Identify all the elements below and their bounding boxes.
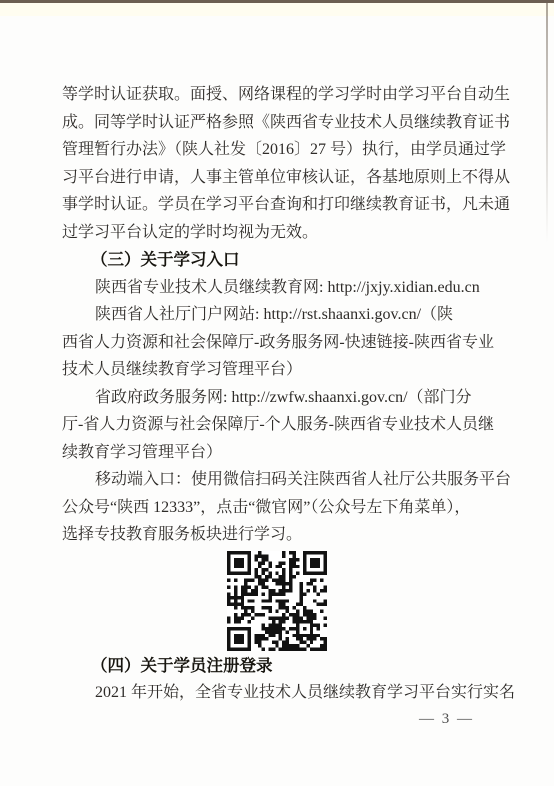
section4-body: 2021 年开始，全省专业技术人员继续教育学习平台实行实名 bbox=[62, 679, 492, 707]
text-line: 成。同等学时认证严格参照《陕西省专业技术人员继续教育证书 bbox=[62, 109, 492, 137]
text-line: 移动端入口：使用微信扫码关注陕西省人社厅公共服务平台 bbox=[62, 466, 492, 494]
text-line: 过学习平台认定的学时均视为无效。 bbox=[62, 219, 492, 247]
text-line: 续教育学习管理平台） bbox=[62, 439, 492, 467]
section3-heading: （三）关于学习入口 bbox=[62, 246, 492, 274]
text-line: 省政府政务服务网: http://zwfw.shaanxi.gov.cn/（部门… bbox=[62, 384, 492, 412]
qr-code-image bbox=[227, 551, 327, 651]
text-line: 厅-省人力资源与社会保障厅-个人服务-陕西省专业技术人员继 bbox=[62, 411, 492, 439]
paragraph-learning-hours: 等学时认证获取。面授、网络课程的学习学时由学习平台自动生成。同等学时认证严格参照… bbox=[62, 81, 492, 246]
text-line: 等学时认证获取。面授、网络课程的学习学时由学习平台自动生 bbox=[62, 81, 492, 109]
text-line: 西省人力资源和社会保障厅-政务服务网-快速链接-陕西省专业 bbox=[62, 329, 492, 357]
qr-code-icon bbox=[227, 551, 327, 651]
page-number: — 3 — bbox=[419, 711, 474, 728]
section4-heading: （四）关于学员注册登录 bbox=[62, 652, 492, 680]
text-line: 技术人员继续教育学习管理平台） bbox=[62, 356, 492, 384]
text-line: 习平台进行申请，人事主管单位审核认证，各基地原则上不得从 bbox=[62, 164, 492, 192]
scan-band-cream bbox=[0, 3, 554, 16]
document-body: 等学时认证获取。面授、网络课程的学习学时由学习平台自动生成。同等学时认证严格参照… bbox=[62, 81, 492, 707]
text-line: 陕西省人社厅门户网站: http://rst.shaanxi.gov.cn/（陕 bbox=[62, 301, 492, 329]
text-line: 管理暂行办法》（陕人社发〔2016〕27 号）执行，由学员通过学 bbox=[62, 136, 492, 164]
text-line: 公众号“陕西 12333”，点击“微官网”（公众号左下角菜单）， bbox=[62, 494, 492, 522]
document-page: 等学时认证获取。面授、网络课程的学习学时由学习平台自动生成。同等学时认证严格参照… bbox=[0, 0, 554, 786]
scan-edge-right bbox=[546, 3, 548, 243]
text-line: 事学时认证。学员在学习平台查询和打印继续教育证书，凡未通 bbox=[62, 191, 492, 219]
section3-body: 陕西省专业技术人员继续教育网: http://jxjy.xidian.edu.c… bbox=[62, 274, 492, 549]
text-line: 陕西省专业技术人员继续教育网: http://jxjy.xidian.edu.c… bbox=[62, 274, 492, 302]
text-line: 2021 年开始，全省专业技术人员继续教育学习平台实行实名 bbox=[62, 679, 492, 707]
text-line: 选择专技教育服务板块进行学习。 bbox=[62, 521, 492, 549]
